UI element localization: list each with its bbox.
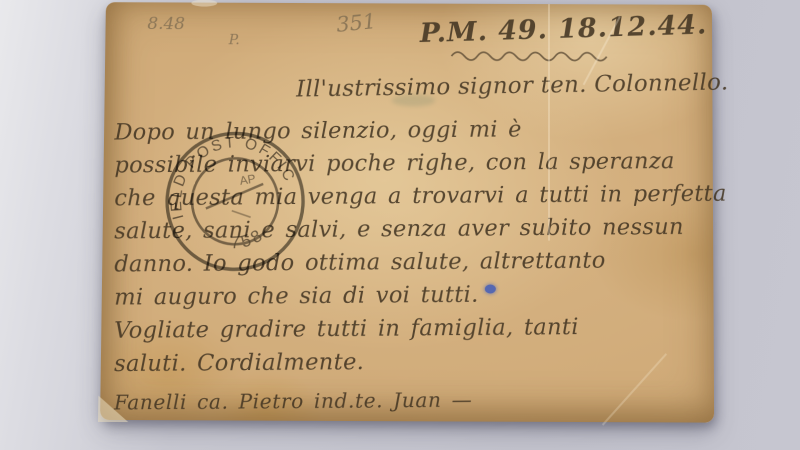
greeting-line: Ill'ustrissimo signor ten. Colonnello. <box>296 70 729 103</box>
pencil-rate-mark: 8.48 <box>147 14 185 34</box>
worn-edge-chip <box>191 0 217 7</box>
blue-ink-blot <box>485 284 496 293</box>
postmark-number: 758 <box>225 223 269 256</box>
faded-smudge <box>392 94 436 106</box>
military-post-date-line: P.M. 49. 18.12.44. <box>419 10 707 49</box>
photo-backdrop: { "colors": { "backdrop": "#c9c9d2", "ca… <box>0 0 800 450</box>
pencil-number-mark: 351 <box>335 9 377 37</box>
crease-line <box>548 4 550 241</box>
worn-corner <box>98 396 129 422</box>
handwritten-line: saluti. Cordialmente. <box>114 343 711 381</box>
postmark-center-marks: AP <box>239 171 257 188</box>
pencil-initial-mark: P. <box>229 32 240 48</box>
postcard: 8.48 351 P. P.M. 49. 18.12.44. Ill'ustri… <box>100 2 714 422</box>
handwritten-line: Vogliate gradire tutti in famiglia, tant… <box>114 310 711 348</box>
wavy-underline <box>449 49 618 62</box>
svg-text:758: 758 <box>225 223 269 256</box>
